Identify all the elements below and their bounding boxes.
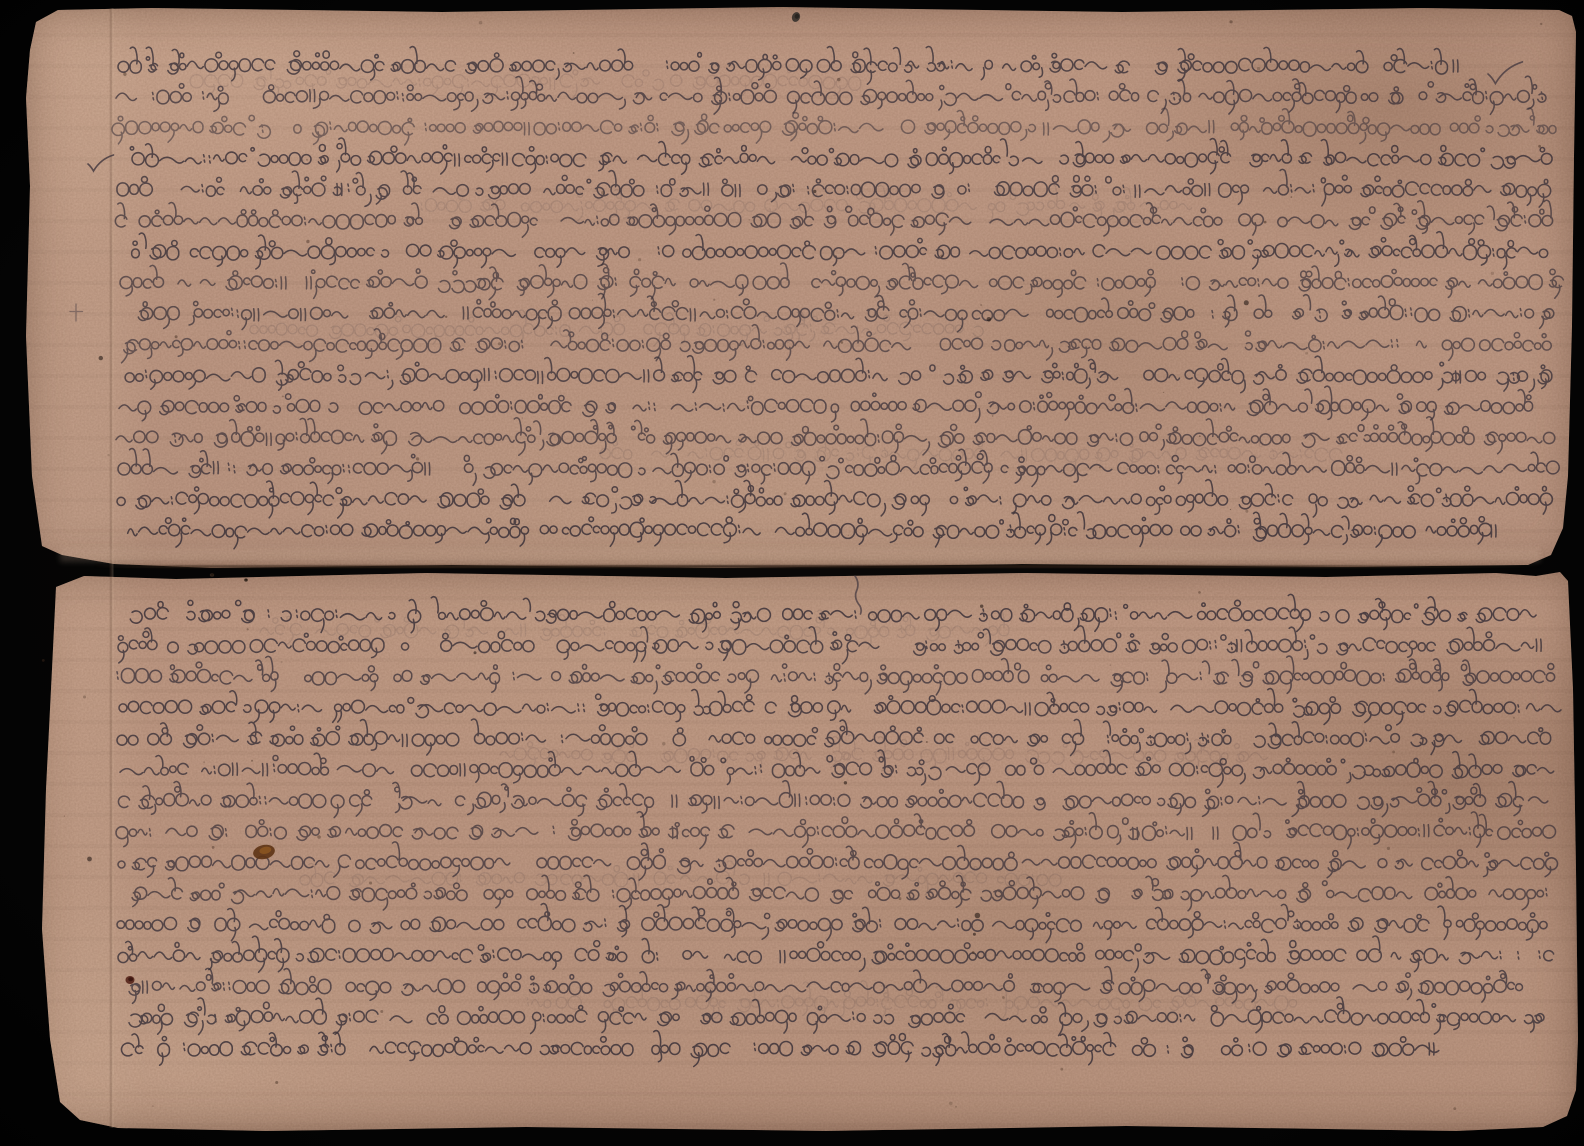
manuscript-page-bottom [26,569,1578,1132]
vertical-margin-crease [109,8,114,1128]
manuscript-photo [0,0,1584,1146]
manuscript-page-top [22,6,1578,569]
horizontal-fold-crease [94,565,1542,568]
fold-speck [210,573,214,577]
fold-highlight [60,548,1540,562]
